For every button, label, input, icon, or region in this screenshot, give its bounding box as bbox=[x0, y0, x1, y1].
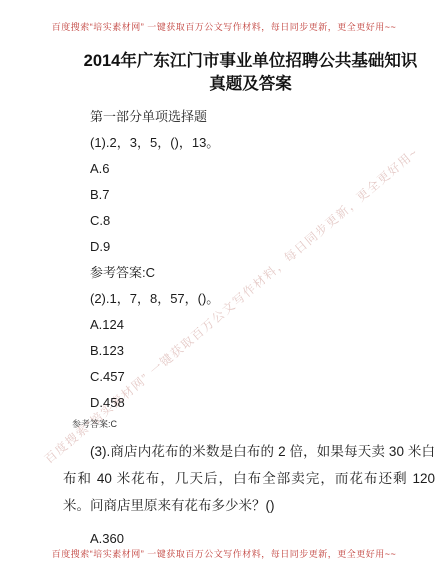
question-2-stem: (2).1，7，8，57，()。 bbox=[0, 286, 448, 312]
page-title: 2014年广东江门市事业单位招聘公共基础知识 真题及答案 bbox=[63, 50, 438, 96]
document-page: 百度搜索“培实素材网” 一键获取百万公文写作材料，每日同步更新，更全更好用~~ … bbox=[0, 0, 448, 580]
question-3-stem: (3).商店内花布的米数是白布的 2 倍，如果每天卖 30 米白布和 40 米花… bbox=[63, 438, 435, 519]
question-1-option-c: C.8 bbox=[0, 208, 448, 234]
question-1-option-b: B.7 bbox=[0, 182, 448, 208]
promo-banner-top: 百度搜索“培实素材网” 一键获取百万公文写作材料，每日同步更新，更全更好用~~ bbox=[0, 20, 448, 33]
question-1-answer: 参考答案:C bbox=[0, 260, 448, 286]
question-1-stem: (1).2，3，5，()，13。 bbox=[0, 130, 448, 156]
document-content: 2014年广东江门市事业单位招聘公共基础知识 真题及答案 第一部分单项选择题 (… bbox=[0, 50, 448, 552]
section-heading: 第一部分单项选择题 bbox=[0, 104, 448, 130]
page-title-line1: 2014年广东江门市事业单位招聘公共基础知识 bbox=[63, 50, 438, 73]
promo-banner-bottom: 百度搜索“培实素材网” 一键获取百万公文写作材料，每日同步更新，更全更好用~~ bbox=[0, 547, 448, 560]
question-2-option-b: B.123 bbox=[0, 338, 448, 364]
question-2-answer: 参考答案:C bbox=[0, 416, 448, 433]
question-2-option-c: C.457 bbox=[0, 364, 448, 390]
question-1-option-a: A.6 bbox=[0, 156, 448, 182]
question-2-option-a: A.124 bbox=[0, 312, 448, 338]
question-1-option-d: D.9 bbox=[0, 234, 448, 260]
question-2-option-d: D.458 bbox=[0, 390, 448, 416]
page-title-line2: 真题及答案 bbox=[63, 73, 438, 96]
